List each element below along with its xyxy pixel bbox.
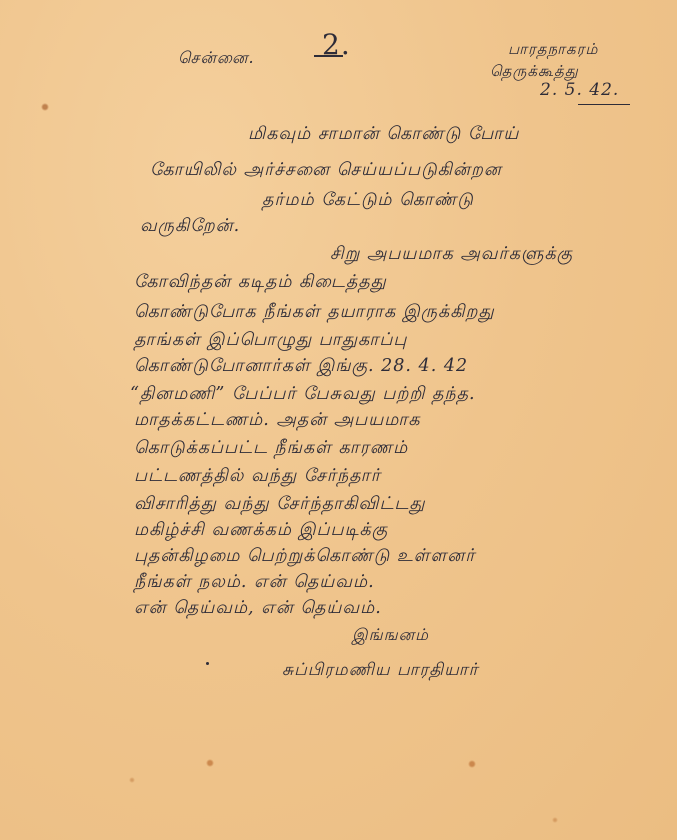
body-line: மிகவும் சாமான் கொண்டு போய் [248, 124, 519, 146]
body-line: விசாரித்து வந்து சேர்ந்தாகிவிட்டது [134, 494, 426, 516]
body-line: வருகிறேன். [140, 216, 240, 238]
body-line: “தினமணி” பேப்பர் பேசுவது பற்றி தந்த. [130, 384, 476, 406]
place-heading: சென்னை. [178, 48, 255, 69]
body-line: என் தெய்வம், என் தெய்வம். [134, 598, 382, 620]
body-line: கொண்டுபோக நீங்கள் தயாராக இருக்கிறது [134, 302, 495, 324]
body-line: புதன்கிழமை பெற்றுக்கொண்டு உள்ளனர் [134, 546, 475, 568]
body-line: மாதக்கட்டணம். அதன் அபயமாக [134, 410, 421, 432]
body-line: தர்மம் கேட்டும் கொண்டு [262, 190, 474, 212]
letter-date: 2. 5. 42. [540, 80, 619, 100]
body-line: பட்டணத்தில் வந்து சேர்ந்தார் [134, 466, 381, 488]
body-line: மகிழ்ச்சி வணக்கம் இப்படிக்கு [134, 520, 388, 542]
letter-page: 2. சென்னை. பாரதநாகரம் தெருக்கூத்து 2. 5.… [0, 0, 677, 840]
address-line-2: தெருக்கூத்து [490, 62, 579, 82]
body-line: கோயிலில் அர்ச்சனை செய்யப்படுகின்றன [150, 160, 502, 182]
body-line: கொடுக்கப்பட்ட நீங்கள் காரணம் [134, 438, 408, 460]
date-underline [578, 104, 630, 105]
body-line: கொண்டுபோனார்கள் இங்கு. 28. 4. 42 [134, 356, 468, 378]
body-line: கோவிந்தன் கடிதம் கிடைத்தது [134, 272, 387, 294]
signature: சுப்பிரமணிய பாரதியார் [282, 660, 479, 682]
page-number: 2. [322, 28, 351, 61]
body-line: சிறு அபயமாக அவர்களுக்கு [330, 244, 573, 266]
address-line-1: பாரதநாகரம் [508, 40, 598, 60]
body-line: தாங்கள் இப்பொழுது பாதுகாப்பு [134, 330, 407, 352]
body-line: நீங்கள் நலம். என் தெய்வம். [134, 572, 375, 594]
ink-dot [206, 662, 209, 665]
closing: இங்ஙனம் [352, 625, 429, 646]
